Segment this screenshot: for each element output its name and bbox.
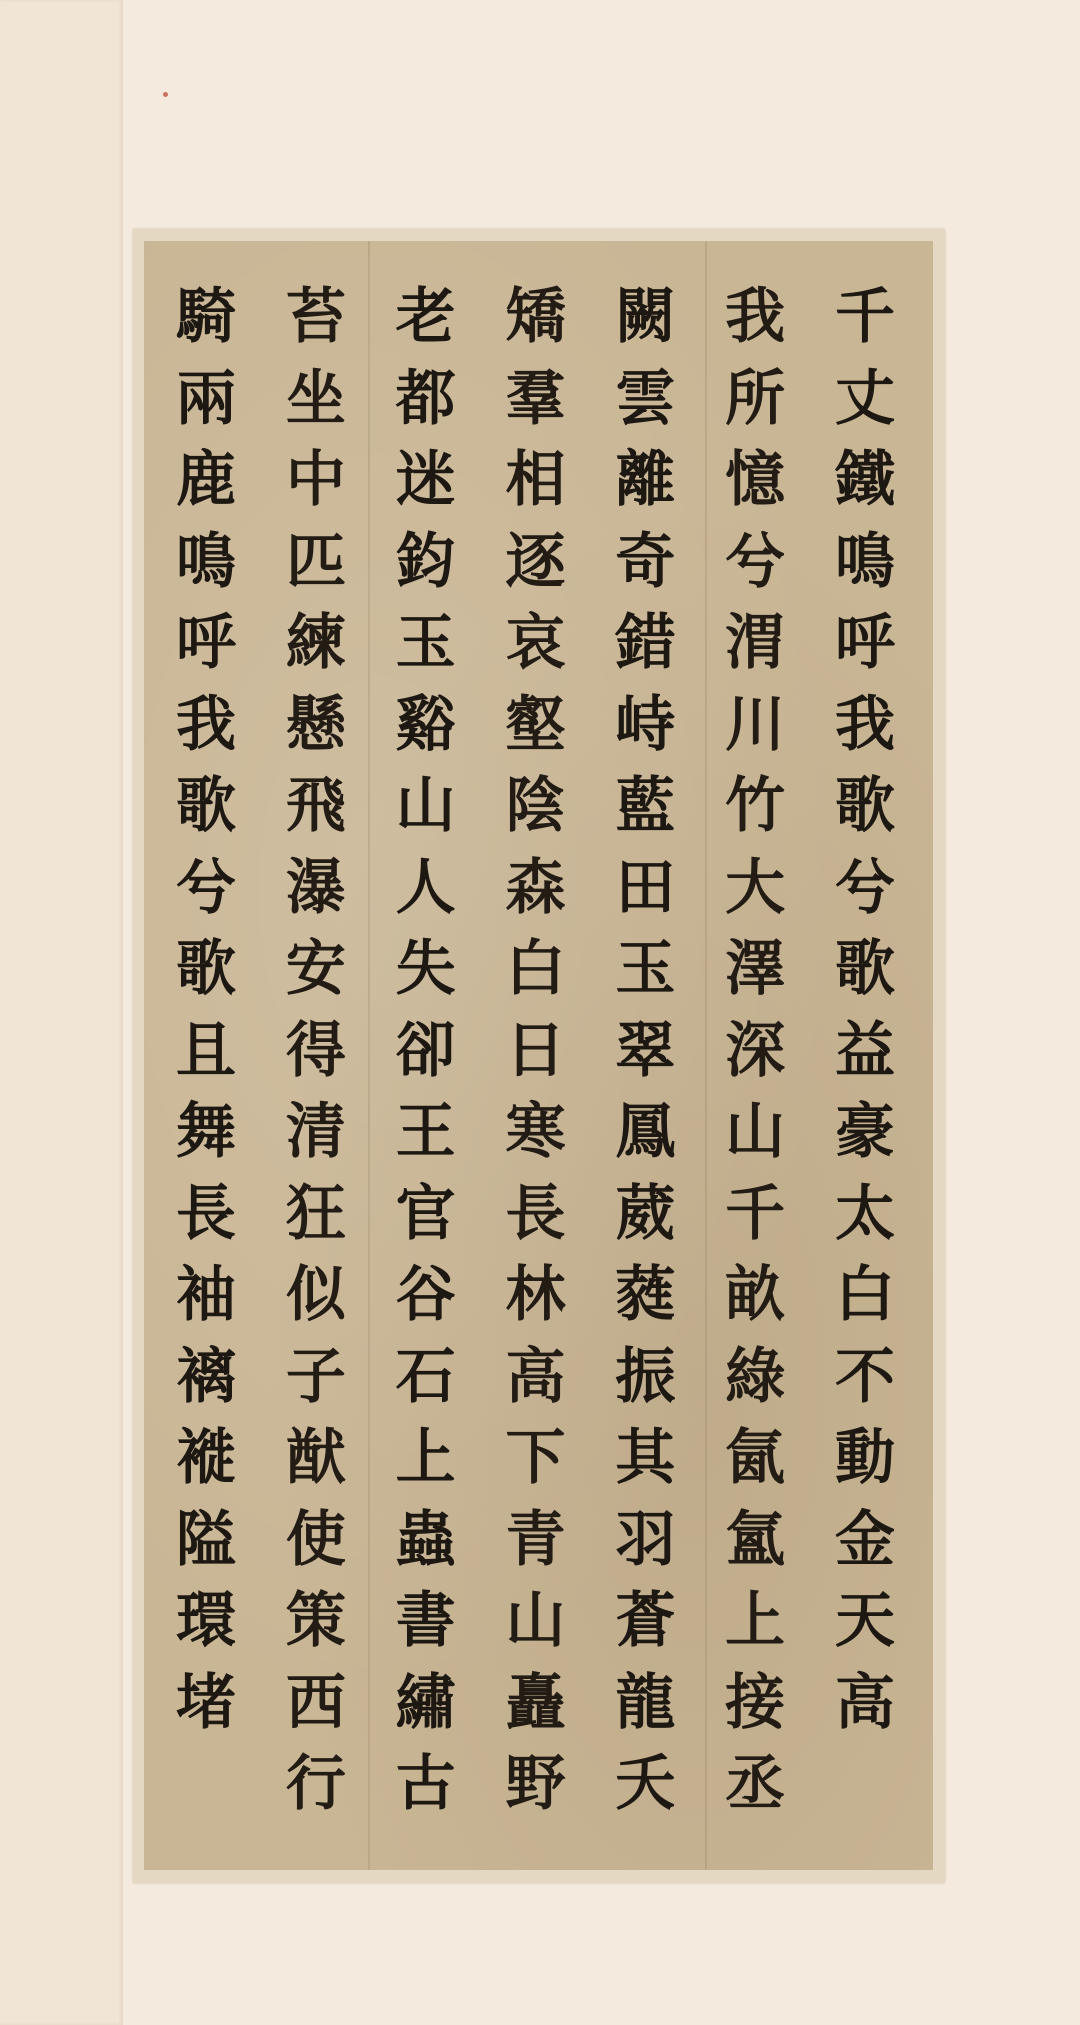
calligraphy-character: 環 (156, 1581, 256, 1663)
calligraphy-character: 澤 (705, 929, 805, 1011)
text-column-5: 老都迷鈞玉谿山人失卻王官谷石上蟲書繡古 (376, 277, 476, 1870)
calligraphy-character: 堵 (156, 1663, 256, 1745)
calligraphy-character: 所 (705, 359, 805, 441)
calligraphy-character: 白 (485, 929, 585, 1011)
calligraphy-character: 褵 (156, 1337, 256, 1419)
calligraphy-character: 森 (485, 848, 585, 930)
calligraphy-character: 我 (705, 277, 805, 359)
calligraphy-character: 山 (705, 1092, 805, 1174)
calligraphy-character: 王 (376, 1092, 476, 1174)
left-mount-strip (0, 0, 123, 2025)
calligraphy-character: 豪 (815, 1092, 915, 1174)
calligraphy-character: 鹿 (156, 440, 256, 522)
calligraphy-character: 渭 (705, 603, 805, 685)
calligraphy-character: 天 (815, 1581, 915, 1663)
calligraphy-character: 歌 (156, 929, 256, 1011)
calligraphy-character: 卻 (376, 1011, 476, 1093)
calligraphy-character: 野 (485, 1744, 585, 1826)
calligraphy-character: 高 (485, 1337, 585, 1419)
calligraphy-character: 哀 (485, 603, 585, 685)
calligraphy-character: 丈 (815, 359, 915, 441)
calligraphy-character: 龍 (595, 1663, 695, 1745)
calligraphy-character: 歌 (156, 766, 256, 848)
calligraphy-character: 安 (266, 929, 366, 1011)
calligraphy-character: 石 (376, 1337, 476, 1419)
calligraphy-character: 猷 (266, 1418, 366, 1500)
calligraphy-character: 陰 (485, 766, 585, 848)
calligraphy-character: 寒 (485, 1092, 585, 1174)
calligraphy-character: 葳 (595, 1174, 695, 1256)
text-column-3: 闕雲離奇錯峙藍田玉翠鳳葳蕤振其羽蒼龍夭 (595, 277, 695, 1870)
calligraphy-character: 藍 (595, 766, 695, 848)
calligraphy-character: 丞 (705, 1744, 805, 1826)
calligraphy-character: 日 (485, 1011, 585, 1093)
calligraphy-character: 竹 (705, 766, 805, 848)
calligraphy-character: 蟲 (376, 1500, 476, 1582)
calligraphy-character: 鳴 (815, 522, 915, 604)
calligraphy-character: 呼 (815, 603, 915, 685)
calligraphy-character: 林 (485, 1255, 585, 1337)
calligraphy-character: 不 (815, 1337, 915, 1419)
calligraphy-character: 玉 (376, 603, 476, 685)
calligraphy-character: 鳴 (156, 522, 256, 604)
calligraphy-character: 歌 (815, 766, 915, 848)
text-column-2: 我所憶兮渭川竹大澤深山千畝綠氤氳上接丞 (705, 277, 805, 1870)
calligraphy-character: 兮 (156, 848, 256, 930)
calligraphy-character: 金 (815, 1500, 915, 1582)
calligraphy-character: 鐵 (815, 440, 915, 522)
calligraphy-character: 我 (815, 685, 915, 767)
calligraphy-character: 蒼 (595, 1581, 695, 1663)
calligraphy-character: 褷 (156, 1418, 256, 1500)
calligraphy-character: 千 (815, 277, 915, 359)
calligraphy-character: 憶 (705, 440, 805, 522)
calligraphy-character: 繡 (376, 1663, 476, 1745)
calligraphy-character: 山 (485, 1581, 585, 1663)
calligraphy-character: 上 (705, 1581, 805, 1663)
calligraphy-character: 白 (815, 1255, 915, 1337)
calligraphy-character: 太 (815, 1174, 915, 1256)
calligraphy-character: 飛 (266, 766, 366, 848)
calligraphy-character: 書 (376, 1581, 476, 1663)
calligraphy-character: 夭 (595, 1744, 695, 1826)
calligraphy-character: 練 (266, 603, 366, 685)
calligraphy-character: 雲 (595, 359, 695, 441)
calligraphy-character: 動 (815, 1418, 915, 1500)
calligraphy-character: 接 (705, 1663, 805, 1745)
calligraphy-character: 歌 (815, 929, 915, 1011)
calligraphy-character: 振 (595, 1337, 695, 1419)
calligraphy-character: 中 (266, 440, 366, 522)
calligraphy-character: 行 (266, 1744, 366, 1826)
text-column-4: 矯羣相逐哀壑陰森白日寒長林高下青山矗野 (485, 277, 585, 1870)
calligraphy-character: 呼 (156, 603, 256, 685)
calligraphy-character: 狂 (266, 1174, 366, 1256)
calligraphy-character: 畝 (705, 1255, 805, 1337)
calligraphy-character: 迷 (376, 440, 476, 522)
calligraphy-character: 我 (156, 685, 256, 767)
text-column-7: 騎兩鹿鳴呼我歌兮歌且舞長袖褵褷隘環堵 (156, 277, 256, 1870)
calligraphy-character: 袖 (156, 1255, 256, 1337)
calligraphy-character: 鈞 (376, 522, 476, 604)
calligraphy-character: 錯 (595, 603, 695, 685)
calligraphy-character: 川 (705, 685, 805, 767)
calligraphy-character: 似 (266, 1255, 366, 1337)
calligraphy-character: 谿 (376, 685, 476, 767)
calligraphy-character: 使 (266, 1500, 366, 1582)
calligraphy-character: 青 (485, 1500, 585, 1582)
calligraphy-character: 兮 (705, 522, 805, 604)
calligraphy-character: 兮 (815, 848, 915, 930)
calligraphy-character: 谷 (376, 1255, 476, 1337)
calligraphy-character: 田 (595, 848, 695, 930)
calligraphy-character: 其 (595, 1418, 695, 1500)
calligraphy-character: 峙 (595, 685, 695, 767)
calligraphy-character: 策 (266, 1581, 366, 1663)
calligraphy-character: 匹 (266, 522, 366, 604)
calligraphy-character: 離 (595, 440, 695, 522)
calligraphy-character: 翠 (595, 1011, 695, 1093)
calligraphy-character: 奇 (595, 522, 695, 604)
calligraphy-character: 苔 (266, 277, 366, 359)
calligraphy-character: 相 (485, 440, 585, 522)
calligraphy-character: 且 (156, 1011, 256, 1093)
calligraphy-character: 氳 (705, 1500, 805, 1582)
calligraphy-character: 懸 (266, 685, 366, 767)
calligraphy-character: 矗 (485, 1663, 585, 1745)
calligraphy-character: 失 (376, 929, 476, 1011)
calligraphy-character: 蕤 (595, 1255, 695, 1337)
calligraphy-character: 千 (705, 1174, 805, 1256)
calligraphy-character: 子 (266, 1337, 366, 1419)
calligraphy-character: 都 (376, 359, 476, 441)
calligraphy-character: 下 (485, 1418, 585, 1500)
calligraphy-character: 長 (485, 1174, 585, 1256)
calligraphy-character: 官 (376, 1174, 476, 1256)
calligraphy-character: 矯 (485, 277, 585, 359)
calligraphy-character: 玉 (595, 929, 695, 1011)
calligraphy-character: 清 (266, 1092, 366, 1174)
red-ink-speck (163, 92, 168, 97)
calligraphy-character: 古 (376, 1744, 476, 1826)
calligraphy-character: 氤 (705, 1418, 805, 1500)
calligraphy-character: 舞 (156, 1092, 256, 1174)
calligraphy-character: 深 (705, 1011, 805, 1093)
calligraphy-character: 山 (376, 766, 476, 848)
calligraphy-character: 得 (266, 1011, 366, 1093)
calligraphy-character: 坐 (266, 359, 366, 441)
calligraphy-character: 高 (815, 1663, 915, 1745)
calligraphy-character: 騎 (156, 277, 256, 359)
calligraphy-character: 兩 (156, 359, 256, 441)
text-column-6: 苔坐中匹練懸飛瀑安得清狂似子猷使策西行 (266, 277, 366, 1870)
calligraphy-columns: 千丈鐵鳴呼我歌兮歌益豪太白不動金天高 我所憶兮渭川竹大澤深山千畝綠氤氳上接丞 闕… (144, 241, 933, 1870)
calligraphy-character: 益 (815, 1011, 915, 1093)
calligraphy-character: 瀑 (266, 848, 366, 930)
calligraphy-character: 羽 (595, 1500, 695, 1582)
calligraphy-character: 長 (156, 1174, 256, 1256)
calligraphy-character: 鳳 (595, 1092, 695, 1174)
calligraphy-character: 上 (376, 1418, 476, 1500)
text-column-1: 千丈鐵鳴呼我歌兮歌益豪太白不動金天高 (815, 277, 915, 1870)
calligraphy-character: 逐 (485, 522, 585, 604)
calligraphy-character: 綠 (705, 1337, 805, 1419)
calligraphy-character: 羣 (485, 359, 585, 441)
calligraphy-character: 大 (705, 848, 805, 930)
calligraphy-character: 闕 (595, 277, 695, 359)
calligraphy-character: 壑 (485, 685, 585, 767)
calligraphy-character: 隘 (156, 1500, 256, 1582)
calligraphy-character: 老 (376, 277, 476, 359)
calligraphy-character: 西 (266, 1663, 366, 1745)
calligraphy-character: 人 (376, 848, 476, 930)
